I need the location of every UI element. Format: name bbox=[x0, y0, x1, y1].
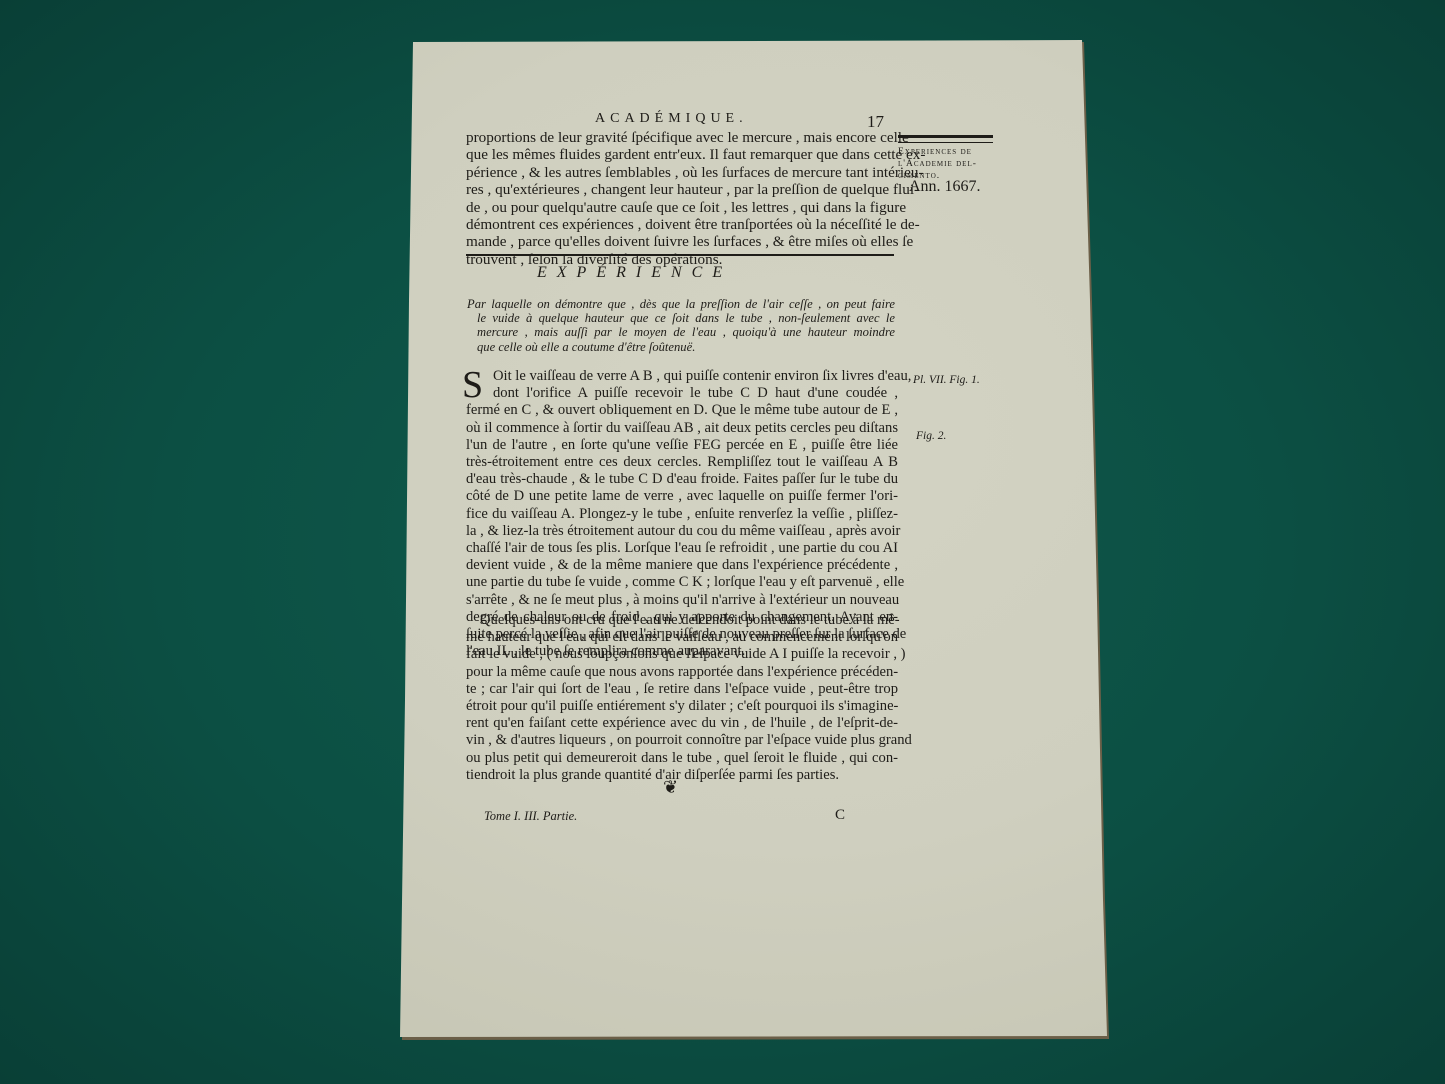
second-paragraph: Quelques-uns ont cru que l'eau ne deſcen… bbox=[466, 612, 898, 784]
intro-paragraph: proportions de leur gravité ſpécifique a… bbox=[466, 129, 898, 268]
text-line: où il commence à ſortir du vaiſſeau AB ,… bbox=[466, 420, 898, 437]
text-line: fice du vaiſſeau A. Plongez-y le tube , … bbox=[466, 506, 898, 523]
text-line: côté de D une petite lame de verre , ave… bbox=[466, 488, 898, 505]
drop-cap: S bbox=[462, 366, 483, 404]
text-line: la , & liez-la très étroitement autour d… bbox=[466, 523, 898, 540]
text-line: fermé en C , & ouvert obliquement en D. … bbox=[466, 402, 898, 419]
text-line: tiendroit la plus grande quantité d'air … bbox=[466, 767, 898, 784]
text-line: mande , parce qu'elles doivent ſuivre le… bbox=[466, 233, 898, 250]
text-line: fait le vuide , ( nous ſoupçonſons que l… bbox=[466, 646, 898, 663]
text-line: me hauteur que l'eau qui eſt dans le vai… bbox=[466, 629, 898, 646]
text-line: que les mêmes fluides gardent entr'eux. … bbox=[466, 146, 898, 163]
gathering-signature: C bbox=[835, 807, 845, 824]
text-line: très-étroitement entre ces deux cercles.… bbox=[466, 454, 898, 471]
text-line: d'eau très-chaude , & le tube C D d'eau … bbox=[466, 471, 898, 488]
text-line: ou plus petit qui demeureroit dans le tu… bbox=[466, 750, 898, 767]
text-line: proportions de leur gravité ſpécifique a… bbox=[466, 129, 898, 146]
summary-line: que celle où elle a coutume d'être ſoûte… bbox=[467, 340, 895, 354]
text-line: res , qu'extérieures , changent leur hau… bbox=[466, 181, 898, 198]
summary-line: le vuide à quelque hauteur que ce ſoit d… bbox=[467, 311, 895, 325]
section-summary: Par laquelle on démontre que , dès que l… bbox=[467, 297, 895, 354]
text-line: l'un de l'autre , en ſorte qu'une veſſie… bbox=[466, 437, 898, 454]
summary-line: Par laquelle on démontre que , dès que l… bbox=[467, 297, 895, 311]
margin-figure-ref: Pl. VII. Fig. 1. bbox=[913, 374, 980, 386]
text-line: devient vuide , & de la même maniere que… bbox=[466, 557, 898, 574]
summary-line: mercure , mais auſſi par le moyen de l'e… bbox=[467, 325, 895, 339]
text-line: Quelques-uns ont cru que l'eau ne deſcen… bbox=[466, 612, 898, 629]
text-line: chaſſé l'air de tous ſes plis. Lorſque l… bbox=[466, 540, 898, 557]
fleuron-ornament-icon: ❦ bbox=[663, 777, 678, 798]
text-line: s'arrête , & ne ſe meut plus , à moins q… bbox=[466, 592, 898, 609]
running-head: ACADÉMIQUE. bbox=[595, 111, 748, 127]
text-line: démontrent ces expériences , doivent êtr… bbox=[466, 216, 898, 233]
text-line: rent qu'en faiſant cette expérience avec… bbox=[466, 715, 898, 732]
text-line: périence , & les autres ſemblables , où … bbox=[466, 164, 898, 181]
margin-figure-ref: Fig. 2. bbox=[916, 430, 946, 442]
text-line: vin , & d'autres liqueurs , on pourroit … bbox=[466, 732, 898, 749]
text-line: Oit le vaiſſeau de verre A B , qui puiſſ… bbox=[466, 368, 898, 385]
text-line: de , ou pour quelqu'autre cauſe que ce ſ… bbox=[466, 199, 898, 216]
text-line: dont l'orifice A puiſſe recevoir le tube… bbox=[466, 385, 898, 402]
text-line: te ; car l'air qui ſort de l'eau , ſe re… bbox=[466, 681, 898, 698]
volume-signature: Tome I. III. Partie. bbox=[484, 809, 577, 824]
section-title: EXPÉRIENCE bbox=[537, 264, 732, 282]
text-line: une partie du tube ſe vuide , comme C K … bbox=[466, 574, 898, 591]
text-line: pour la même cauſe que nous avons rappor… bbox=[466, 664, 898, 681]
margin-double-rule bbox=[898, 135, 993, 143]
section-divider bbox=[466, 254, 894, 256]
text-line: étroit pour qu'il puiſſe entiérement s'y… bbox=[466, 698, 898, 715]
